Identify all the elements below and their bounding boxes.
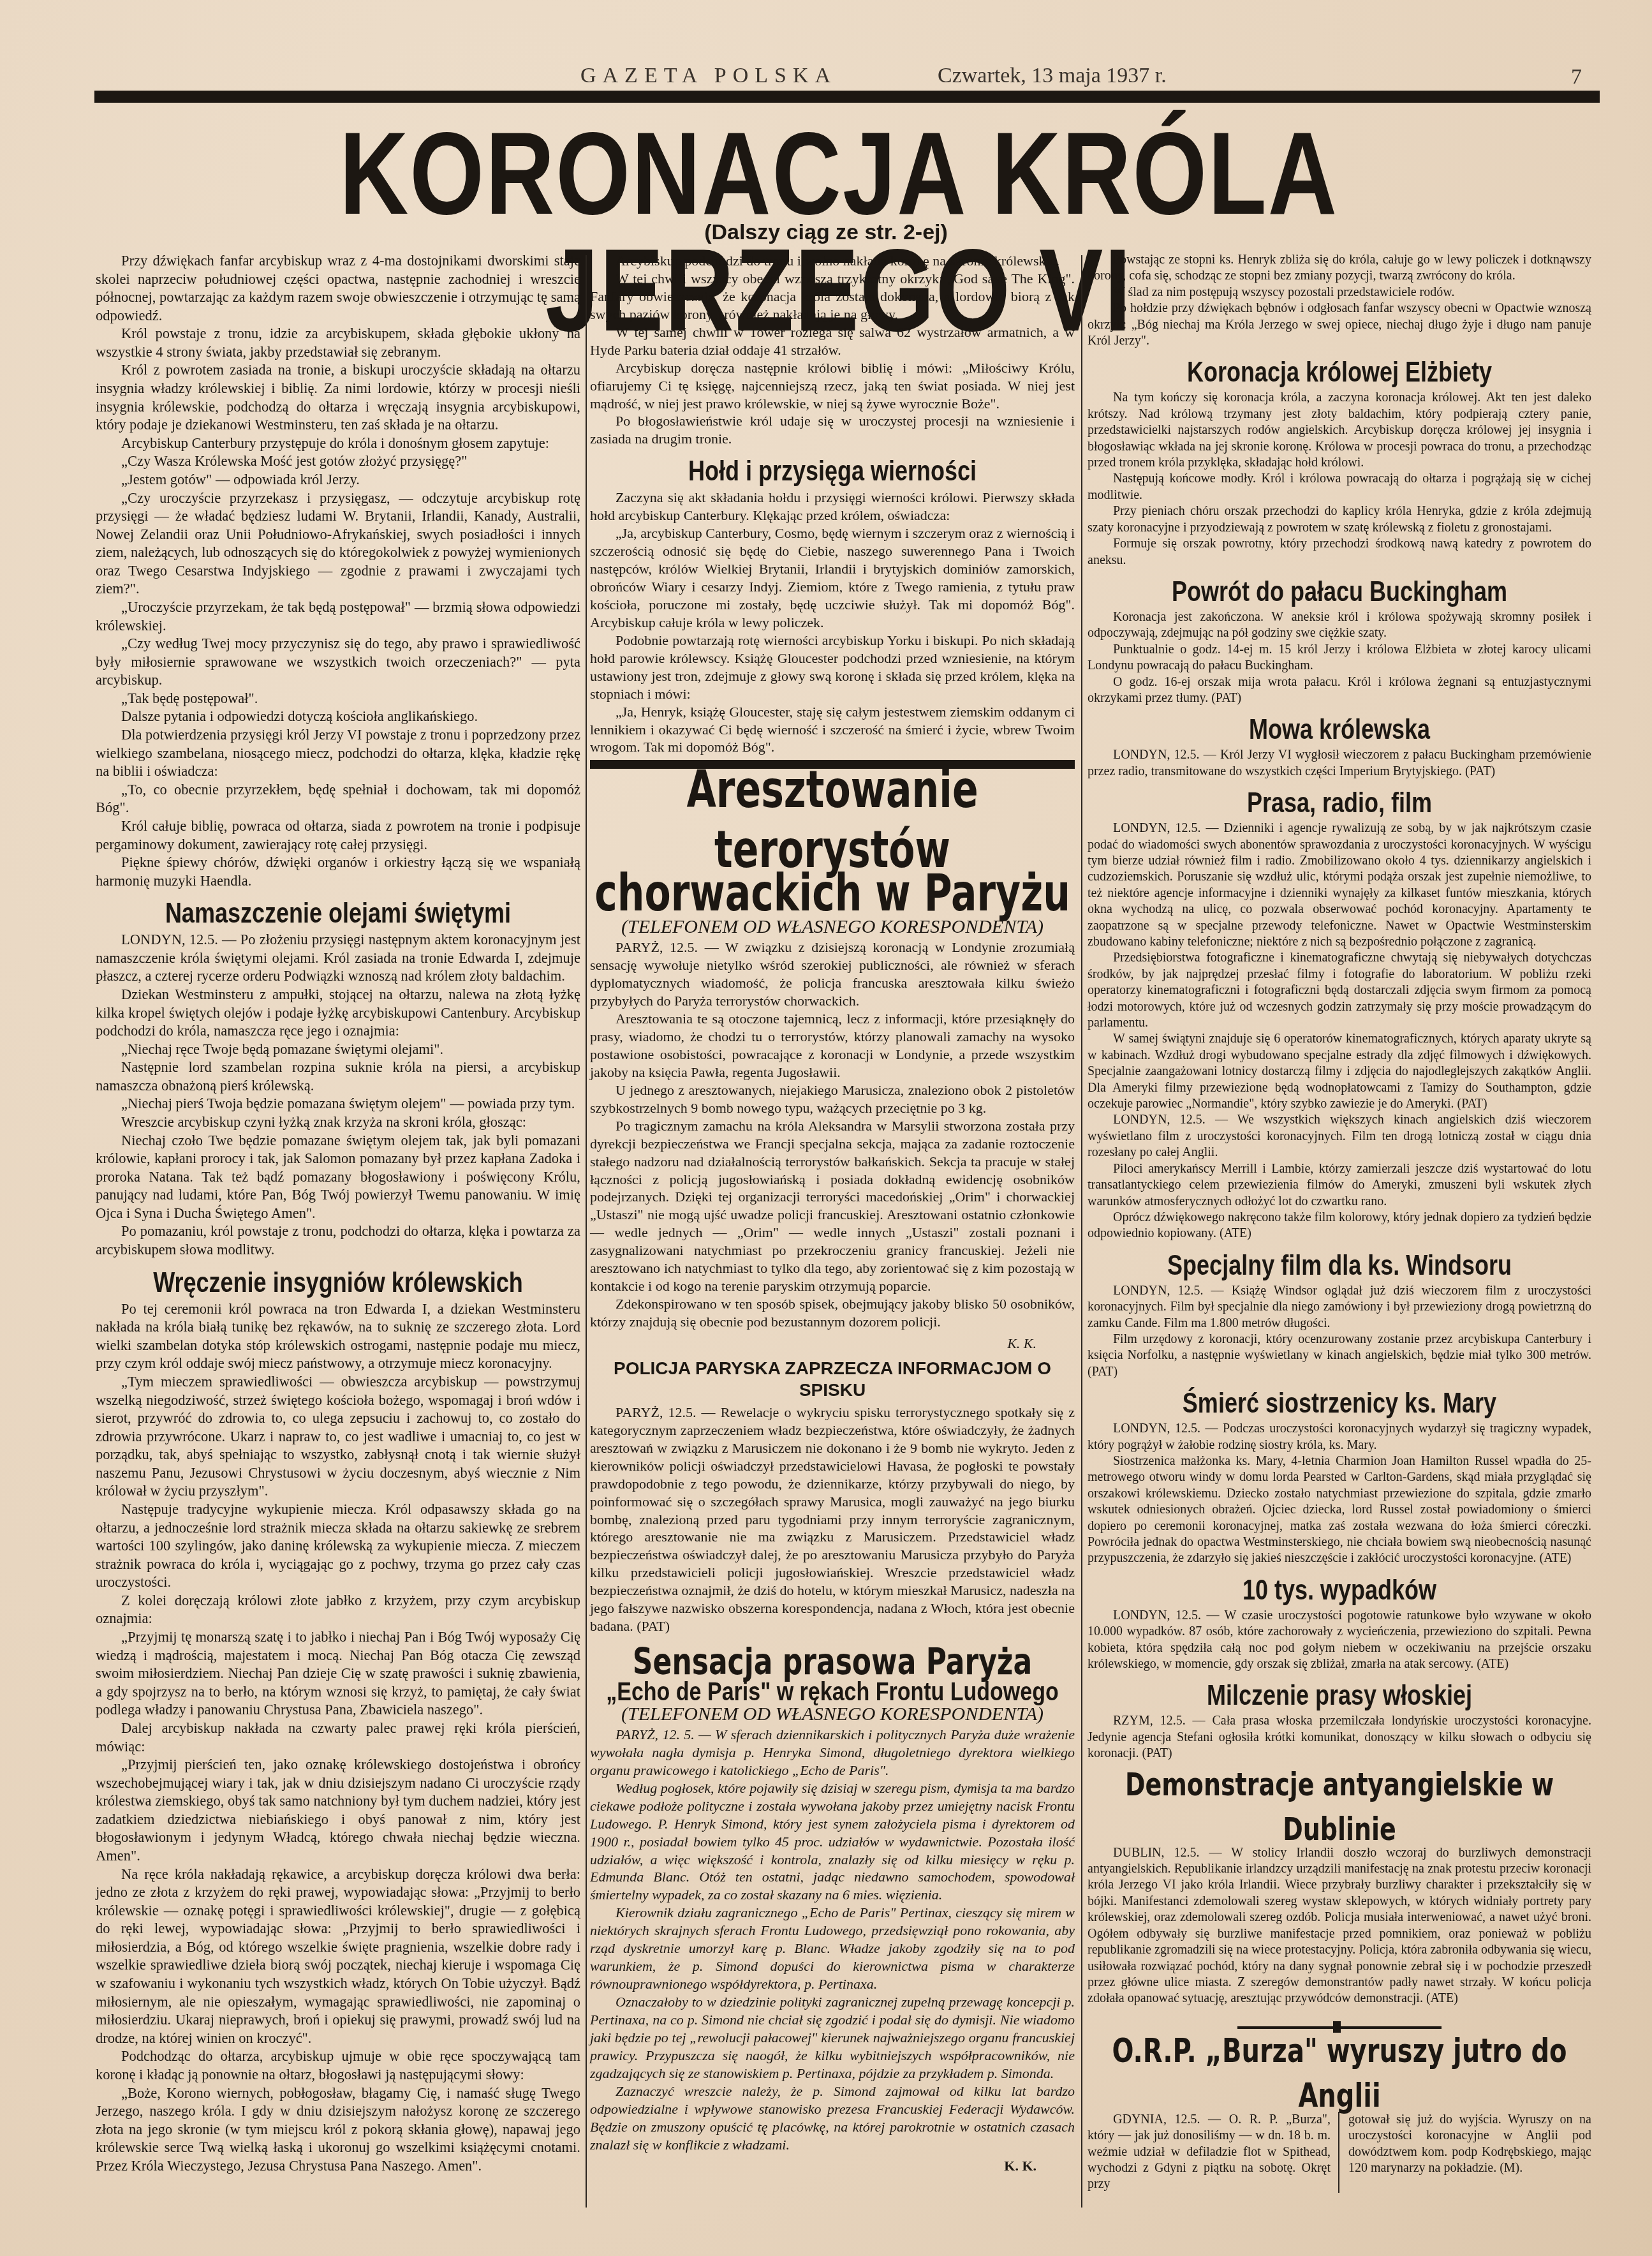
paragraph: Następuje tradycyjne wykupienie miecza. …	[96, 1501, 580, 1592]
section-title-anointing: Namaszczenie olejami świętymi	[96, 896, 580, 931]
paragraph: Kierownik działu zagranicznego „Echo de …	[590, 1904, 1075, 1993]
subheadline-echo: „Echo de Paris" w rękach Frontu Ludowego	[590, 1682, 1075, 1703]
paragraph: „Ja, arcybiskup Canterbury, Cosmo, będę …	[590, 524, 1075, 632]
terrorists-text: PARYŻ, 12.5. — W związku z dzisiejszą ko…	[590, 939, 1075, 1331]
section-title-return: Powrót do pałacu Buckingham	[1088, 574, 1591, 609]
headline-terrorists-2: chorwackich w Paryżu	[590, 863, 1075, 924]
paragraph: Zaczyna się akt składania hołdu i przysi…	[590, 489, 1075, 524]
paragraph: Dalej arcybiskup nakłada na czwarty pale…	[96, 1719, 580, 1756]
paragraph: Z kolei doręczają królowi złote jabłko z…	[96, 1592, 580, 1628]
paragraph: Piękne śpiewy chórów, dźwięki organów i …	[96, 854, 580, 890]
intro-text: Arcybiskup podchodzi do tronu i wolno na…	[590, 252, 1075, 448]
paragraph: „Tym mieczem sprawiedliwości — obwieszcz…	[96, 1373, 580, 1501]
paragraph: RZYM, 12.5. — Cała prasa włoska przemilc…	[1088, 1713, 1591, 1762]
paragraph: Niechaj czoło Twe będzie pomazane święty…	[96, 1132, 580, 1223]
paragraph: LONDYN, 12.5. — Dzienniki i agencje rywa…	[1088, 820, 1591, 950]
paragraph: Aresztowania te są otoczone tajemnicą, l…	[590, 1010, 1075, 1081]
queen-text: Na tym kończy się koronacja króla, a zac…	[1088, 390, 1591, 568]
column-3: Powstając ze stopni ks. Henryk zbliża si…	[1088, 252, 1591, 2217]
windsor-text: LONDYN, 12.5. — Książę Windsor oglądał j…	[1088, 1283, 1591, 1380]
burza-left: GDYNIA, 12.5. — O. R. P. „Burza", który …	[1088, 2112, 1331, 2193]
mary-text: LONDYN, 12.5. — Podczas uroczystości kor…	[1088, 1421, 1591, 1567]
paragraph: Oznaczałoby to w dziedzinie polityki zag…	[590, 1993, 1075, 2082]
headline-dublin: Demonstracje antyangielskie w Dublinie	[1088, 1762, 1591, 1851]
paragraph: LONDYN, 12.5. — Książę Windsor oglądał j…	[1088, 1283, 1591, 1332]
paragraph: Formuje się orszak powrotny, który przec…	[1088, 536, 1591, 568]
paragraph: „Niechaj ręce Twoje będą pomazane święty…	[96, 1041, 580, 1059]
paragraph: Wreszcie arcybiskup czyni łyżką znak krz…	[96, 1113, 580, 1132]
paragraph: Arcybiskup Canterbury przystępuje do kró…	[96, 434, 580, 453]
police-text: PARYŻ, 12.5. — Rewelacje o wykryciu spis…	[590, 1404, 1075, 1635]
paragraph: W samej świątyni znajduje się 6 operator…	[1088, 1031, 1591, 1112]
paragraph: W ślad za nim postępują wszyscy pozostal…	[1088, 285, 1591, 301]
paragraph: U jednego z aresztowanych, niejakiego Ma…	[590, 1081, 1075, 1117]
paragraph: Po hołdzie przy dźwiękach bębnów i odgło…	[1088, 301, 1591, 349]
regalia-text: Po tej ceremonii król powraca na tron Ed…	[96, 1300, 580, 2176]
section-title-press: Prasa, radio, film	[1088, 785, 1591, 820]
paragraph: Na ręce króla nakładają rękawice, a arcy…	[96, 1866, 580, 2048]
column-divider	[586, 255, 587, 2208]
paragraph: Przy pieniach chóru orszak przechodzi do…	[1088, 503, 1591, 536]
paragraph: Przy dźwiękach fanfar arcybiskup wraz z …	[96, 252, 580, 325]
italy-text: RZYM, 12.5. — Cała prasa włoska przemilc…	[1088, 1713, 1591, 1762]
masthead-rule	[94, 91, 1600, 101]
paragraph: W tej samej chwili w Tower rozlega się s…	[590, 323, 1075, 359]
continued-note: (Dalszy ciąg ze str. 2-ej)	[0, 220, 1652, 245]
paragraph: „Przyjmij pierścień ten, jako oznakę kró…	[96, 1756, 580, 1865]
paragraph: PARYŻ, 12. 5. — W sferach dziennikarskic…	[590, 1726, 1075, 1779]
paragraph: „Czy uroczyście przyrzekasz i przysięgas…	[96, 489, 580, 598]
paragraph: Podchodząc do ołtarza, arcybiskup ujmuje…	[96, 2047, 580, 2084]
paragraph: „Ja, Henryk, książę Gloucester, staję si…	[590, 703, 1075, 757]
paragraph: Podobnie powtarzają rotę wierności arcyb…	[590, 632, 1075, 703]
paragraph: „Czy Wasza Królewska Mość jest gotów zło…	[96, 452, 580, 471]
homage-text: Zaczyna się akt składania hołdu i przysi…	[590, 489, 1075, 756]
section-title-regalia: Wręczenie insygniów królewskich	[96, 1265, 580, 1300]
paragraph: Przedsiębiorstwa fotograficzne i kinemat…	[1088, 950, 1591, 1031]
paragraph: Dziekan Westminsteru z ampułki, stojącej…	[96, 986, 580, 1041]
issue-date: Czwartek, 13 maja 1937 r.	[938, 64, 1167, 88]
headline-police-denies: POLICJA PARYSKA ZAPRZECZA INFORMACJOM O …	[590, 1358, 1075, 1401]
paragraph: Siostrzenica małżonka ks. Mary, 4-letnia…	[1088, 1453, 1591, 1567]
paragraph: „Tak będę postępował".	[96, 690, 580, 708]
paragraph: Król całuje biblię, powraca od ołtarza, …	[96, 817, 580, 854]
paragraph: PARYŻ, 12.5. — W związku z dzisiejszą ko…	[590, 939, 1075, 1010]
paragraph: „Czy według Twej mocy przyczynisz się do…	[96, 635, 580, 690]
paragraph: LONDYN, 12.5. — Podczas uroczystości kor…	[1088, 1421, 1591, 1453]
echo-text: PARYŻ, 12. 5. — W sferach dziennikarskic…	[590, 1726, 1075, 2154]
paragraph: LONDYN, 12.5. — Król Jerzy VI wygłosił w…	[1088, 747, 1591, 780]
paragraph: Film urzędowy z koronacji, który ocenzur…	[1088, 1332, 1591, 1380]
paragraph: Na tym kończy się koronacja króla, a zac…	[1088, 390, 1591, 471]
anointing-text: LONDYN, 12.5. — Po złożeniu przysięgi na…	[96, 931, 580, 1259]
paragraph: Dalsze pytania i odpowiedzi dotyczą kośc…	[96, 708, 580, 726]
section-title-speech: Mowa królewska	[1088, 712, 1591, 747]
headline-terrorists-1: Aresztowanie terorystów	[590, 760, 1075, 880]
paragraph: W tej chwili wszyscy obecni wznoszą trzy…	[590, 270, 1075, 323]
paragraph: Zdekonspirowano w ten sposób spisek, obe…	[590, 1295, 1075, 1331]
paragraph: DUBLIN, 12.5. — W stolicy Irlandii doszł…	[1088, 1845, 1591, 2007]
paragraph: O godz. 16-ej orszak mija wrota pałacu. …	[1088, 674, 1591, 707]
section-title-windsor: Specjalny film dla ks. Windsoru	[1088, 1247, 1591, 1282]
paragraph: Następują końcowe modły. Król i królowa …	[1088, 471, 1591, 503]
page-number: 7	[1571, 65, 1582, 89]
speech-text: LONDYN, 12.5. — Król Jerzy VI wygłosił w…	[1088, 747, 1591, 780]
paragraph: LONDYN, 12.5. — Po złożeniu przysięgi na…	[96, 931, 580, 986]
paragraph: Po pomazaniu, król powstaje z tronu, pod…	[96, 1222, 580, 1259]
paragraph: Według pogłosek, które pojawiły się dzis…	[590, 1779, 1075, 1904]
burza-right: gotował się już do wyjścia. Wyruszy on n…	[1348, 2112, 1591, 2177]
paragraph: „Jestem gotów" — odpowiada król Jerzy.	[96, 471, 580, 489]
section-title-italy: Milczenie prasy włoskiej	[1088, 1678, 1591, 1713]
burza-text: GDYNIA, 12.5. — O. R. P. „Burza", który …	[1088, 2112, 1591, 2193]
paragraph: LONDYN, 12.5. — W czasie uroczystości po…	[1088, 1608, 1591, 1673]
intro-text: Powstając ze stopni ks. Henryk zbliża si…	[1088, 252, 1591, 349]
paragraph: Arcybiskup podchodzi do tronu i wolno na…	[590, 252, 1075, 270]
section-title-accidents: 10 tys. wypadków	[1088, 1572, 1591, 1607]
accidents-text: LONDYN, 12.5. — W czasie uroczystości po…	[1088, 1608, 1591, 1673]
paper-name: GAZETA POLSKA	[580, 64, 837, 88]
dateline-dek: (TELEFONEM OD WŁASNEGO KORESPONDENTA)	[590, 1705, 1075, 1723]
paragraph: PARYŻ, 12.5. — Rewelacje o wykryciu spis…	[590, 1404, 1075, 1635]
signature: K. K.	[590, 2157, 1075, 2175]
paragraph: LONDYN, 12.5. — We wszystkich większych …	[1088, 1112, 1591, 1161]
intro-text: Przy dźwiękach fanfar arcybiskup wraz z …	[96, 252, 580, 890]
signature: K. K.	[590, 1335, 1075, 1353]
paragraph: „Niechaj pierś Twoja będzie pomazana świ…	[96, 1095, 580, 1113]
paragraph: „Boże, Korono wiernych, pobłogosław, bła…	[96, 2084, 580, 2176]
paragraph: Zaznaczyć wreszcie należy, że p. Simond …	[590, 2082, 1075, 2154]
paragraph: „Przyjmij tę monarszą szatę i to jabłko …	[96, 1628, 580, 1719]
dublin-text: DUBLIN, 12.5. — W stolicy Irlandii doszł…	[1088, 1845, 1591, 2007]
column-1: Przy dźwiękach fanfar arcybiskup wraz z …	[96, 252, 580, 2217]
column-2: Arcybiskup podchodzi do tronu i wolno na…	[590, 252, 1075, 2217]
paragraph: Powstając ze stopni ks. Henryk zbliża si…	[1088, 252, 1591, 285]
paragraph: Piloci amerykańscy Merrill i Lambie, któ…	[1088, 1161, 1591, 1210]
paragraph: Punktualnie o godz. 14-ej m. 15 król Jer…	[1088, 642, 1591, 674]
section-title-homage: Hołd i przysięga wierności	[590, 454, 1075, 489]
paragraph: Koronacja jest zakończona. W aneksie kró…	[1088, 609, 1591, 642]
paragraph: Po tragicznym zamachu na króla Aleksandr…	[590, 1117, 1075, 1295]
section-title-mary: Śmierć siostrzenicy ks. Mary	[1088, 1386, 1591, 1421]
press-text: LONDYN, 12.5. — Dzienniki i agencje rywa…	[1088, 820, 1591, 1242]
paragraph: „Uroczyście przyrzekam, że tak będą post…	[96, 598, 580, 635]
section-title-queen: Koronacja królowej Elżbiety	[1088, 355, 1591, 390]
paragraph: Po błogosławieństwie król udaje się w ur…	[590, 412, 1075, 448]
paragraph: Oprócz dźwiękowego nakręcono także film …	[1088, 1210, 1591, 1242]
paragraph: Król z powrotem zasiada na tronie, a bis…	[96, 361, 580, 434]
paragraph: Po tej ceremonii król powraca na tron Ed…	[96, 1300, 580, 1373]
headline-burza: O.R.P. „Burza" wyruszy jutro do Anglii	[1088, 2029, 1591, 2118]
paragraph: Arcybiskup doręcza następnie królowi bib…	[590, 359, 1075, 413]
paragraph: Dla potwierdzenia przysięgi król Jerzy V…	[96, 726, 580, 781]
paragraph: Następnie lord szambelan rozpina suknie …	[96, 1058, 580, 1095]
column-divider	[1081, 255, 1082, 2208]
return-text: Koronacja jest zakończona. W aneksie kró…	[1088, 609, 1591, 706]
paragraph: „To, co obecnie przyrzekłem, będę spełni…	[96, 781, 580, 817]
paragraph: Król powstaje z tronu, idzie za arcybisk…	[96, 325, 580, 361]
